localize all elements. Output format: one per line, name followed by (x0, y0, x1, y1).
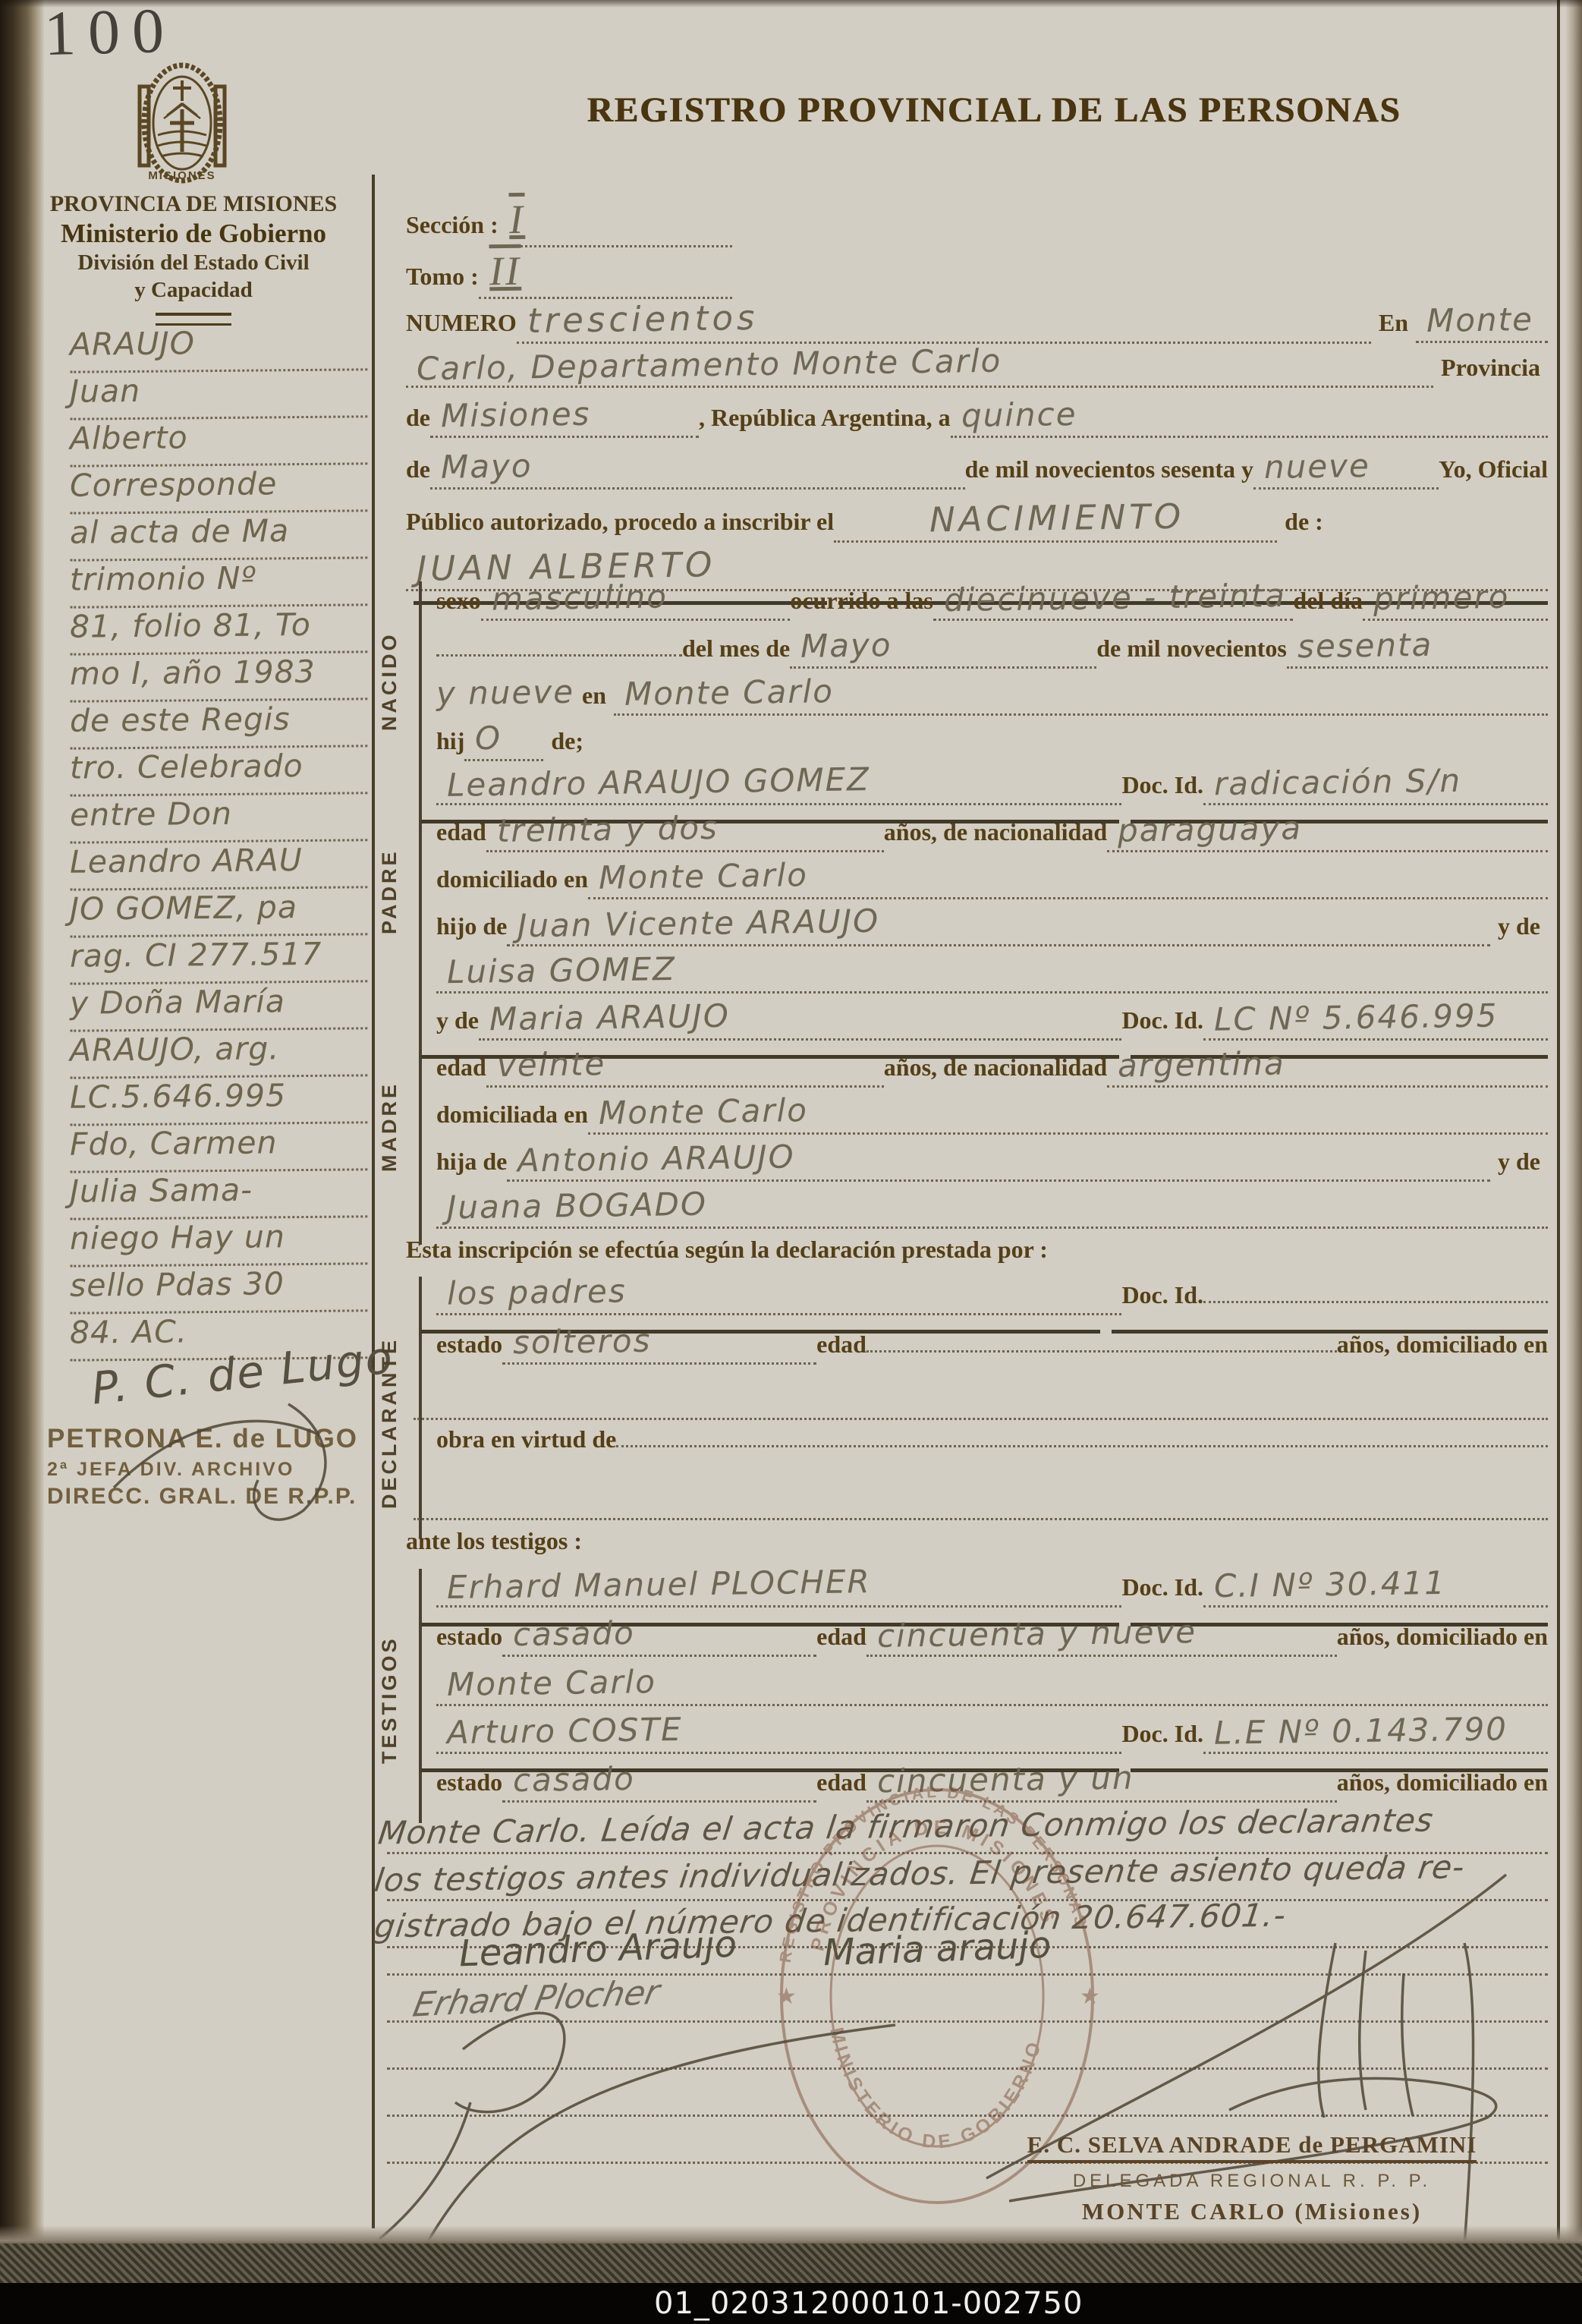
declarante-estado-value: solteros (513, 1322, 652, 1362)
form-left-rule (372, 175, 375, 2228)
testigo2-doc-value: L.E Nº 0.143.790 (1214, 1710, 1508, 1751)
madre-nombre-row: y de Maria ARAUJO Doc. Id. LC Nº 5.646.9… (436, 999, 1548, 1044)
book-binding-edge (0, 0, 44, 2324)
official-stamp-role: DELEGADA REGIONAL R. P. P. (964, 2171, 1540, 2192)
seccion-label: Sección : (406, 211, 499, 239)
padre-nacionalidad-label: años, de nacionalidad (884, 818, 1107, 846)
scanned-ledger-page: 100 MISIONES PROVINCIA DE MISIONES Minis… (0, 0, 1582, 2324)
de-sufijo-label: de : (1285, 508, 1323, 536)
anio-nac-label: de mil novecientos (1096, 635, 1287, 663)
obra-label: obra en virtud de (436, 1425, 616, 1453)
testigo2-estado-value: casado (513, 1760, 635, 1799)
declaracion-intro: Esta inscripción se efectúa según la dec… (406, 1236, 1048, 1264)
margin-line: rag. CI 277.517 (70, 935, 368, 984)
mes-label: del mes de (682, 635, 790, 663)
declarante-edad-label: edad (816, 1330, 866, 1359)
madre-doc-value: LC Nº 5.646.995 (1214, 997, 1499, 1038)
acto-value: NACIMIENTO (929, 496, 1185, 540)
margin-line: Corresponde (70, 464, 368, 514)
margin-line: niego Hay un (70, 1217, 368, 1267)
provincia-row: de Misiones , República Argentina, a qui… (406, 396, 1548, 442)
sexo-row: sexo masculino ocurrido a las diecinueve… (436, 579, 1548, 625)
official-stamp: E. C. SELVA ANDRADE de PERGAMINI DELEGAD… (964, 2131, 1540, 2225)
madre-y-de-label: y de (436, 1006, 479, 1034)
padre-edad-row: edad treinta y dos años, de nacionalidad… (436, 811, 1548, 856)
testigo2-nombre-row: Arturo COSTE Doc. Id. L.E Nº 0.143.790 (436, 1712, 1548, 1758)
obra-row: obra en virtud de (436, 1425, 1548, 1471)
lugar-row: Carlo, Departamento Monte Carlo Provinci… (406, 346, 1548, 392)
testigo1-nombre-row: Erhard Manuel PLOCHER Doc. Id. C.I Nº 30… (436, 1566, 1548, 1611)
de-punto-label: de; (551, 727, 583, 755)
lugar-value: Carlo, Departamento Monte Carlo (417, 342, 1002, 388)
y-de-label-2: y de (1498, 1148, 1540, 1176)
testigo1-estado-value: casado (513, 1614, 635, 1653)
madre-hija-label: hija de (436, 1148, 507, 1176)
madre-domicilio-row: domiciliada en Monte Carlo (436, 1093, 1548, 1138)
hijo-de-row: hij O de; (436, 720, 687, 765)
section-bracket (419, 1277, 422, 1538)
dia-label: del día (1293, 587, 1363, 615)
paper-tear-shadow (0, 2225, 1582, 2244)
en-label: En (1379, 309, 1408, 337)
padre-nombre: Leandro ARAUJO GOMEZ (447, 760, 871, 804)
testigo1-domicilio-row: Monte Carlo (436, 1664, 1548, 1710)
provincia-label: Provincia (1441, 354, 1540, 382)
republica-label: , República Argentina, a (699, 404, 951, 432)
numero-value: trescientos (527, 298, 758, 341)
padre-domicilio-label: domiciliado en (436, 865, 588, 893)
testigo1-doc-value: C.I Nº 30.411 (1214, 1564, 1447, 1604)
madre-nacionalidad-label: años, de nacionalidad (884, 1053, 1107, 1082)
padre-doc-label: Doc. Id. (1121, 771, 1203, 799)
declarante-estado-row: estado solteros edad años, domiciliado e… (436, 1323, 1548, 1368)
seccion-value: I (508, 196, 525, 243)
sexo-label: sexo (436, 587, 481, 615)
tomo-label: Tomo : (406, 263, 479, 291)
letterhead-province: PROVINCIA DE MISIONES (30, 191, 357, 217)
blank-line (414, 1418, 1548, 1420)
section-bracket (419, 767, 422, 1009)
hora-value: diecinueve - treinta (943, 577, 1285, 619)
tomo-row: Tomo : II (406, 247, 732, 293)
margin-line: Fdo, Carmen (70, 1123, 368, 1173)
seccion-row: Sección : I (406, 196, 732, 241)
y-de-label: y de (1498, 912, 1540, 940)
margin-line: Julia Sama- (70, 1170, 368, 1220)
numero-row: NUMERO trescientos En Monte (406, 299, 1548, 345)
section-label-testigos: TESTIGOS (378, 1609, 413, 1791)
margin-line: entre Don (70, 794, 368, 843)
page-right-rule (1557, 0, 1560, 2324)
archive-stamp-office: DIRECC. GRAL. DE R.P.P. (47, 1484, 373, 1510)
testigo1-estado-row: estado casado edad cincuenta y nueve año… (436, 1615, 1548, 1661)
margin-line: LC.5.646.995 (70, 1076, 368, 1126)
margin-line: y Doña María (70, 982, 368, 1031)
archive-stamp: PETRONA E. de LUGO 2ª JEFA DIV. ARCHIVO … (47, 1424, 373, 1510)
margin-line: ARAUJO, arg. (70, 1029, 368, 1079)
lugar-nac-row: y nueve en Monte Carlo (436, 674, 1548, 720)
abuela-materna: Juana BOGADO (447, 1186, 708, 1227)
declarante-estado-label: estado (436, 1330, 502, 1359)
abuela-paterna: Luisa GOMEZ (447, 950, 676, 990)
declarante-doc-label: Doc. Id. (1121, 1281, 1203, 1309)
testigo2-doc-label: Doc. Id. (1121, 1720, 1203, 1748)
madre-nombre: Maria ARAUJO (489, 997, 730, 1038)
archive-stamp-role: 2ª JEFA DIV. ARCHIVO (47, 1459, 373, 1481)
signature-padre: Leandro Araujo (458, 1923, 738, 1976)
letterhead-division: División del Estado Civil (30, 250, 357, 276)
page-right-shadow (1565, 0, 1582, 2324)
madre-edad-row: edad veinte años, de nacionalidad argent… (436, 1046, 1548, 1091)
dia-letras-value: quince (961, 395, 1077, 434)
section-bracket (419, 1569, 422, 1823)
sexo-value: masculino (491, 578, 668, 617)
de-label-2: de (406, 455, 430, 483)
provincia-value: Misiones (441, 395, 591, 435)
mes-value: Mayo (441, 447, 533, 486)
padre-nacionalidad-value: paraguaya (1118, 809, 1303, 849)
inscribe-label: Público autorizado, procedo a inscribir … (406, 508, 834, 536)
anio-nac-value: sesenta (1297, 626, 1433, 665)
padre-edad-label: edad (436, 818, 486, 846)
margin-line: Juan (70, 370, 368, 420)
tomo-value: II (489, 247, 521, 295)
margin-line: ARAUJO (70, 323, 368, 373)
margin-line: Leandro ARAU (70, 841, 368, 890)
testigo1-edad-value: cincuenta y nueve (877, 1613, 1197, 1655)
mes-nac-value: Mayo (800, 626, 892, 665)
margin-line: Alberto (70, 417, 368, 467)
svg-text:MISIONES: MISIONES (148, 169, 215, 182)
official-stamp-name: E. C. SELVA ANDRADE de PERGAMINI (1027, 2131, 1477, 2163)
star-icon: ★ (776, 1984, 797, 2009)
padre-hijo-label: hijo de (436, 912, 507, 940)
hij-label: hij (436, 727, 464, 755)
padre-hijo-row: hijo de Juan Vicente ARAUJO y de (436, 905, 1548, 950)
madre-nacionalidad-value: argentina (1118, 1044, 1285, 1084)
document-title: REGISTRO PROVINCIAL DE LAS PERSONAS (486, 90, 1502, 131)
madre-edad-label: edad (436, 1053, 486, 1082)
hora-label: ocurrido a las (790, 587, 933, 615)
letterhead-ministry: Ministerio de Gobierno (30, 219, 357, 249)
numero-label: NUMERO (406, 309, 517, 337)
hij-o-value: O (475, 720, 502, 757)
margin-line: de este Regis (70, 700, 368, 749)
margin-line: mo I, año 1983 (70, 653, 368, 702)
padre-domicilio-value: Monte Carlo (599, 856, 809, 896)
scan-reference-code: 01_020312000101-002750 (654, 2286, 1083, 2321)
testigo2-estado-label: estado (436, 1768, 502, 1797)
dia-value: primero (1373, 578, 1510, 617)
misiones-coat-of-arms-icon: MISIONES (135, 59, 229, 188)
section-label-madre: MADRE (378, 1047, 413, 1207)
madre-doc-label: Doc. Id. (1121, 1006, 1203, 1034)
fecha-row: de Mayo de mil novecientos sesenta y nue… (406, 448, 1548, 493)
testigo2-nombre: Arturo COSTE (447, 1711, 683, 1751)
section-label-padre: PADRE (378, 812, 413, 971)
section-bracket (419, 581, 422, 771)
testigo2-anios-label: años, domiciliado en (1337, 1768, 1548, 1797)
star-icon: ★ (1080, 1984, 1100, 2009)
testigo1-anios-label: años, domiciliado en (1337, 1623, 1548, 1651)
yo-oficial-label: Yo, Oficial (1439, 455, 1548, 483)
letterhead-division2: y Capacidad (30, 278, 357, 303)
madre-edad-value: veinte (496, 1045, 605, 1084)
testigo1-estado-label: estado (436, 1623, 502, 1651)
margin-line: al acta de Ma (70, 512, 368, 561)
margin-line: sello Pdas 30 (70, 1264, 368, 1314)
margin-line: 81, folio 81, To (70, 606, 368, 655)
margin-line: trimonio Nº (70, 559, 368, 608)
declarante-anios-label: años, domiciliado en (1337, 1330, 1548, 1359)
section-label-declarante: DECLARANTE (378, 1317, 413, 1529)
testigo1-doc-label: Doc. Id. (1121, 1573, 1203, 1601)
padre-nombre-row: Leandro ARAUJO GOMEZ Doc. Id. radicación… (436, 764, 1548, 809)
page-top-shadow (0, 0, 1582, 8)
blank-line (414, 1518, 1548, 1520)
section-bracket (419, 1002, 422, 1245)
en-nac-label: en (582, 682, 606, 710)
padre-doc-value: radicación S/n (1214, 762, 1462, 803)
official-stamp-place: MONTE CARLO (Misiones) (964, 2198, 1540, 2225)
testigo1-edad-label: edad (816, 1623, 866, 1651)
declarante-quien: los padres (447, 1272, 627, 1312)
padre-edad-value: treinta y dos (496, 809, 719, 849)
abuela-materna-row: Juana BOGADO (436, 1187, 1548, 1233)
archive-stamp-name: PETRONA E. de LUGO (47, 1424, 373, 1454)
binding-cloth-band (0, 2244, 1582, 2283)
anio2-value: y nueve (436, 673, 575, 713)
signature-testigo: Erhard Plocher (410, 1973, 662, 2025)
padre-domicilio-row: domiciliado en Monte Carlo (436, 858, 1548, 903)
madre-domicilio-value: Monte Carlo (599, 1091, 809, 1132)
anio-value: nueve (1264, 447, 1370, 486)
letterhead-divider (156, 313, 231, 326)
margin-annotation: ARAUJOJuanAlbertoCorrespondeal acta de M… (70, 325, 367, 1360)
abuela-paterna-row: Luisa GOMEZ (436, 952, 1548, 997)
testigos-intro: ante los testigos : (406, 1527, 582, 1555)
anio-label: de mil novecientos sesenta y (965, 455, 1253, 483)
lugar-nac-value: Monte Carlo (624, 672, 835, 713)
testigo1-domicilio: Monte Carlo (447, 1663, 657, 1703)
madre-hija-row: hija de Antonio ARAUJO y de (436, 1140, 1548, 1186)
abuelo-paterno: Juan Vicente ARAUJO (517, 902, 880, 945)
en-value: Monte (1426, 301, 1534, 339)
mes-row: del mes de Mayo de mil novecientos sesen… (436, 627, 1548, 672)
testigo1-nombre: Erhard Manuel PLOCHER (447, 1563, 871, 1606)
madre-domicilio-label: domiciliada en (436, 1101, 588, 1129)
de-label-1: de (406, 404, 430, 432)
section-label-nacido: NACIDO (378, 590, 413, 773)
margin-line: JO GOMEZ, pa (70, 888, 368, 937)
inscribe-row: Público autorizado, procedo a inscribir … (406, 498, 1548, 543)
abuelo-materno: Antonio ARAUJO (517, 1138, 795, 1179)
margin-line: tro. Celebrado (70, 747, 368, 796)
declarante-row: los padres Doc. Id. (436, 1274, 1548, 1319)
